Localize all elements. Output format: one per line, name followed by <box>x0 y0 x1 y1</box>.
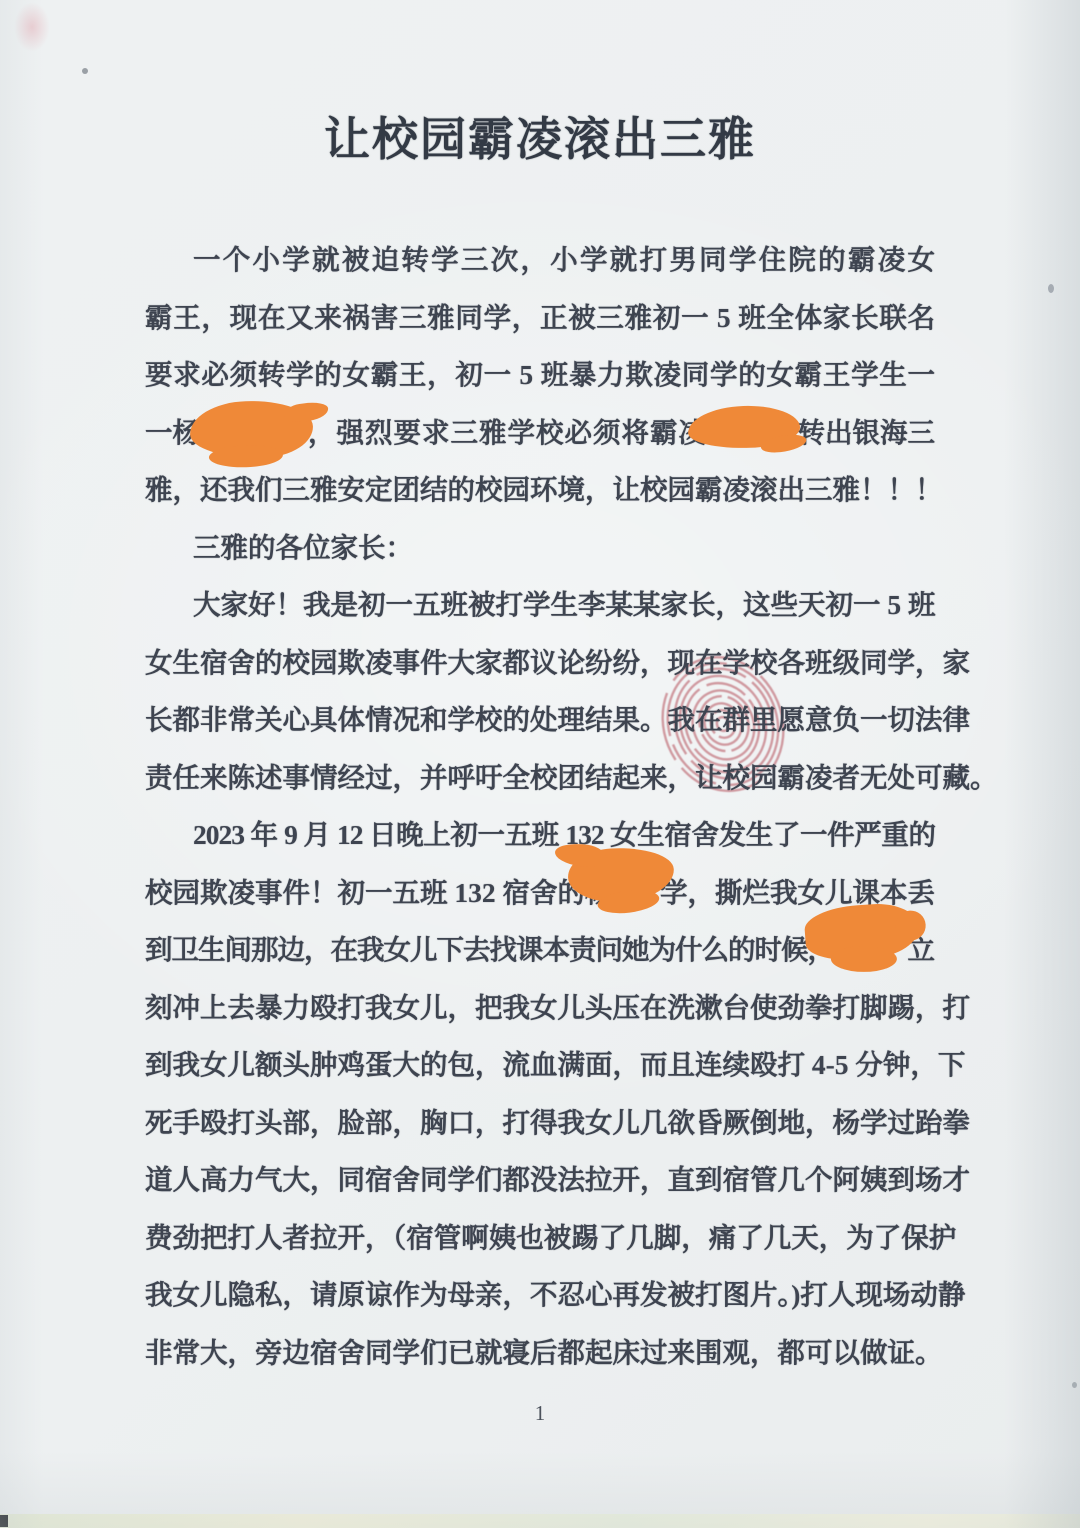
document-body: 一个小学就被迫转学三次，小学就打男同学住院的霸凌女 霸王，现在又来祸害三雅同学，… <box>145 231 935 1381</box>
page-number: 1 <box>0 1401 1080 1426</box>
doc-line: 要求必须转学的女霸王，初一 5 班暴力欺凌同学的女霸王学生一 <box>145 346 935 404</box>
doc-line: 责任来陈述事情经过，并呼吁全校团结起来，让校园霸凌者无处可藏。 <box>145 749 935 807</box>
doc-line: 大家好！我是初一五班被打学生李某某家长，这些天初一 5 班 <box>145 576 935 634</box>
doc-line-redacted: 校园欺凌事件！初一五班 132 宿舍的杨 学，撕烂我女儿课本丢 <box>145 864 935 922</box>
doc-line: 道人高力气大，同宿舍同学们都没法拉开，直到宿管几个阿姨到场才 <box>145 1151 935 1209</box>
doc-line: 2023 年 9 月 12 日晚上初一五班 132 女生宿舍发生了一件严重的 <box>145 806 935 864</box>
doc-line: 费劲把打人者拉开，（宿管啊姨也被踢了几脚，痛了几天，为了保护 <box>145 1209 935 1267</box>
scanned-document-page: 让校园霸凌滚出三雅 一个小学就被迫转学三次，小学就打男同学住院的霸凌女 霸王，现… <box>0 0 1080 1528</box>
redaction-mark <box>189 398 314 459</box>
photo-bottom-edge <box>0 1514 1080 1528</box>
doc-line: 三雅的各位家长： <box>145 519 935 577</box>
doc-line: 刻冲上去暴力殴打我女儿，把我女儿头压在洗漱台使劲拳打脚踢，打 <box>145 979 935 1037</box>
photo-speck <box>0 1515 8 1527</box>
doc-line: 我女儿隐私，请原谅作为母亲，不忍心再发被打图片。)打人现场动静 <box>145 1266 935 1324</box>
line-text: 校园欺凌事件！初一五班 132 宿舍的杨 <box>145 864 613 922</box>
line-text: 转出银海三 <box>798 404 936 462</box>
doc-line: 死手殴打头部，脸部，胸口，打得我女儿几欲昏厥倒地，杨学过跆拳 <box>145 1094 935 1152</box>
doc-line: 女生宿舍的校园欺凌事件大家都议论纷纷，现在学校各班级同学，家 <box>145 634 935 692</box>
photo-speck <box>1072 1382 1077 1388</box>
doc-line-redacted: 一杨 ，强烈要求三雅学校必须将霸凌者 转出银海三 <box>145 404 935 462</box>
doc-line: 霸王，现在又来祸害三雅同学，正被三雅初一 5 班全体家长联名 <box>145 289 935 347</box>
doc-line: 雅，还我们三雅安定团结的校园环境，让校园霸凌滚出三雅！！！ <box>145 461 935 519</box>
doc-line: 一个小学就被迫转学三次，小学就打男同学住院的霸凌女 <box>145 231 935 289</box>
document-title: 让校园霸凌滚出三雅 <box>0 103 1080 169</box>
photo-speck <box>1048 284 1054 293</box>
doc-line: 长都非常关心具体情况和学校的处理结果。我在群里愿意负一切法律 <box>145 691 935 749</box>
line-text: 到卫生间那边，在我女儿下去找课本责问她为什么的时候， <box>145 921 834 979</box>
line-text: ，强烈要求三雅学校必须将霸凌者 <box>308 404 736 462</box>
doc-line-redacted: 到卫生间那边，在我女儿下去找课本责问她为什么的时候， 立 <box>145 921 935 979</box>
doc-line: 到我女儿额头肿鸡蛋大的包，流血满面，而且连续殴打 4-5 分钟，下 <box>145 1036 935 1094</box>
doc-line: 非常大，旁边宿舍同学们已就寝后都起床过来围观，都可以做证。 <box>145 1324 935 1382</box>
pink-smudge-artifact <box>14 2 50 52</box>
photo-speck <box>82 68 88 74</box>
